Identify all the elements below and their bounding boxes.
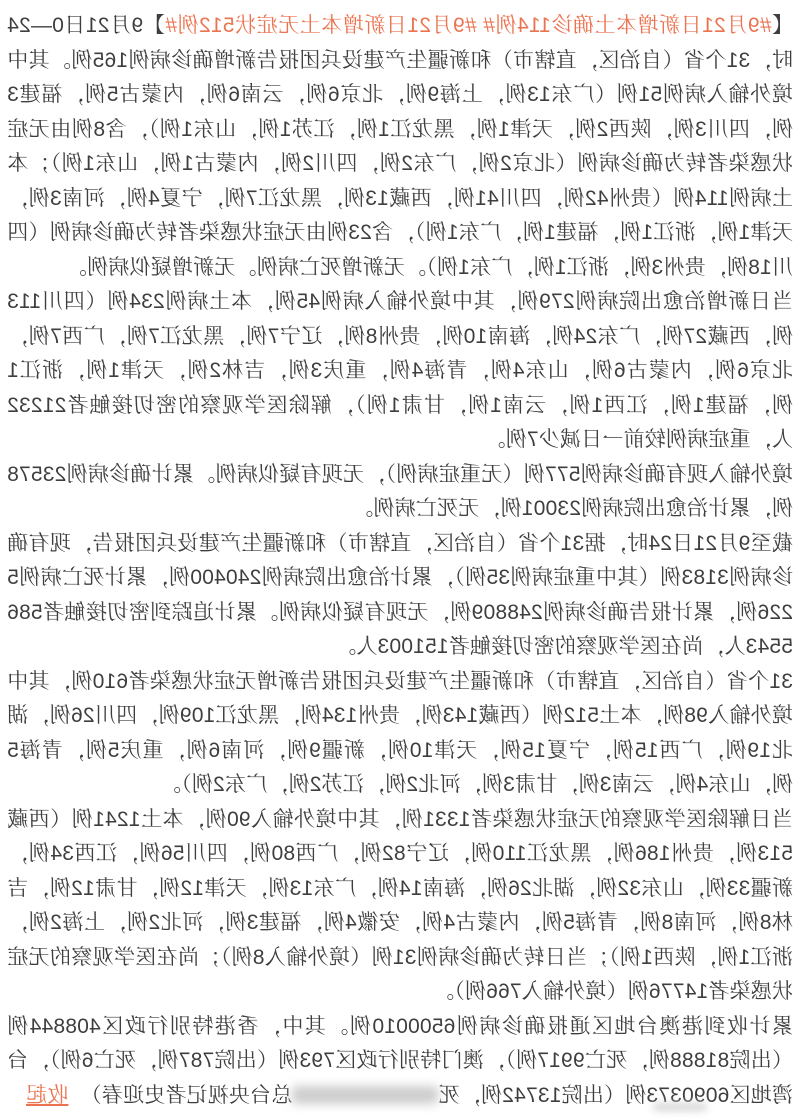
bracket-open: 【 [771, 14, 793, 37]
bracket-close: 】 [143, 14, 165, 37]
paragraph-7-text-after-blur: 总台央视记者史迎春） [80, 1084, 292, 1107]
paragraph-new-asymptomatic: 31个省（自治区，直辖市）和新疆生产建设兵团报告新增无症状感染者610例，其中境… [7, 665, 793, 803]
paragraph-hk-macao-taiwan: 累计收到港澳台地区通报确诊病例6500010例。其中，香港特别行政区408844… [7, 1010, 793, 1114]
paragraph-1-text: 9月21日0—24时，31个省（自治区，直辖市）和新疆生产建设兵团报告新增确诊病… [7, 14, 793, 279]
paragraph-imported-totals: 境外输入现有确诊病例577例（无重症病例），无现有疑似病例。累计确诊病例2357… [7, 458, 793, 527]
paragraph-recovered: 当日新增治愈出院病例279例，其中境外输入病例45例，本土病例234例（四川11… [7, 285, 793, 458]
paragraph-released-asymptomatic: 当日解除医学观察的无症状感染者1331例，其中境外输入90例，本土1241例（西… [7, 803, 793, 1010]
mirrored-post-container: 【#9月21日新增本土确诊114例# #9月21日新增本土无症状512例#】9月… [0, 0, 800, 1119]
post-body-text: 【#9月21日新增本土确诊114例# #9月21日新增本土无症状512例#】9月… [0, 0, 800, 1113]
redacted-blur-region [292, 1086, 438, 1104]
paragraph-headline: 【#9月21日新增本土确诊114例# #9月21日新增本土无症状512例#】9月… [7, 9, 793, 285]
paragraph-national-totals: 截至9月21日24时，据31个省（自治区，直辖市）和新疆生产建设兵团报告，现有确… [7, 527, 793, 665]
hashtag-separator [477, 14, 483, 37]
hashtag-link-confirmed-cases[interactable]: #9月21日新增本土确诊114例# [483, 14, 771, 37]
hashtag-link-asymptomatic-cases[interactable]: #9月21日新增本土无症状512例# [165, 14, 477, 37]
blur-smudge-artifact [653, 1103, 707, 1111]
collapse-link[interactable]: 收起 [26, 1084, 68, 1107]
